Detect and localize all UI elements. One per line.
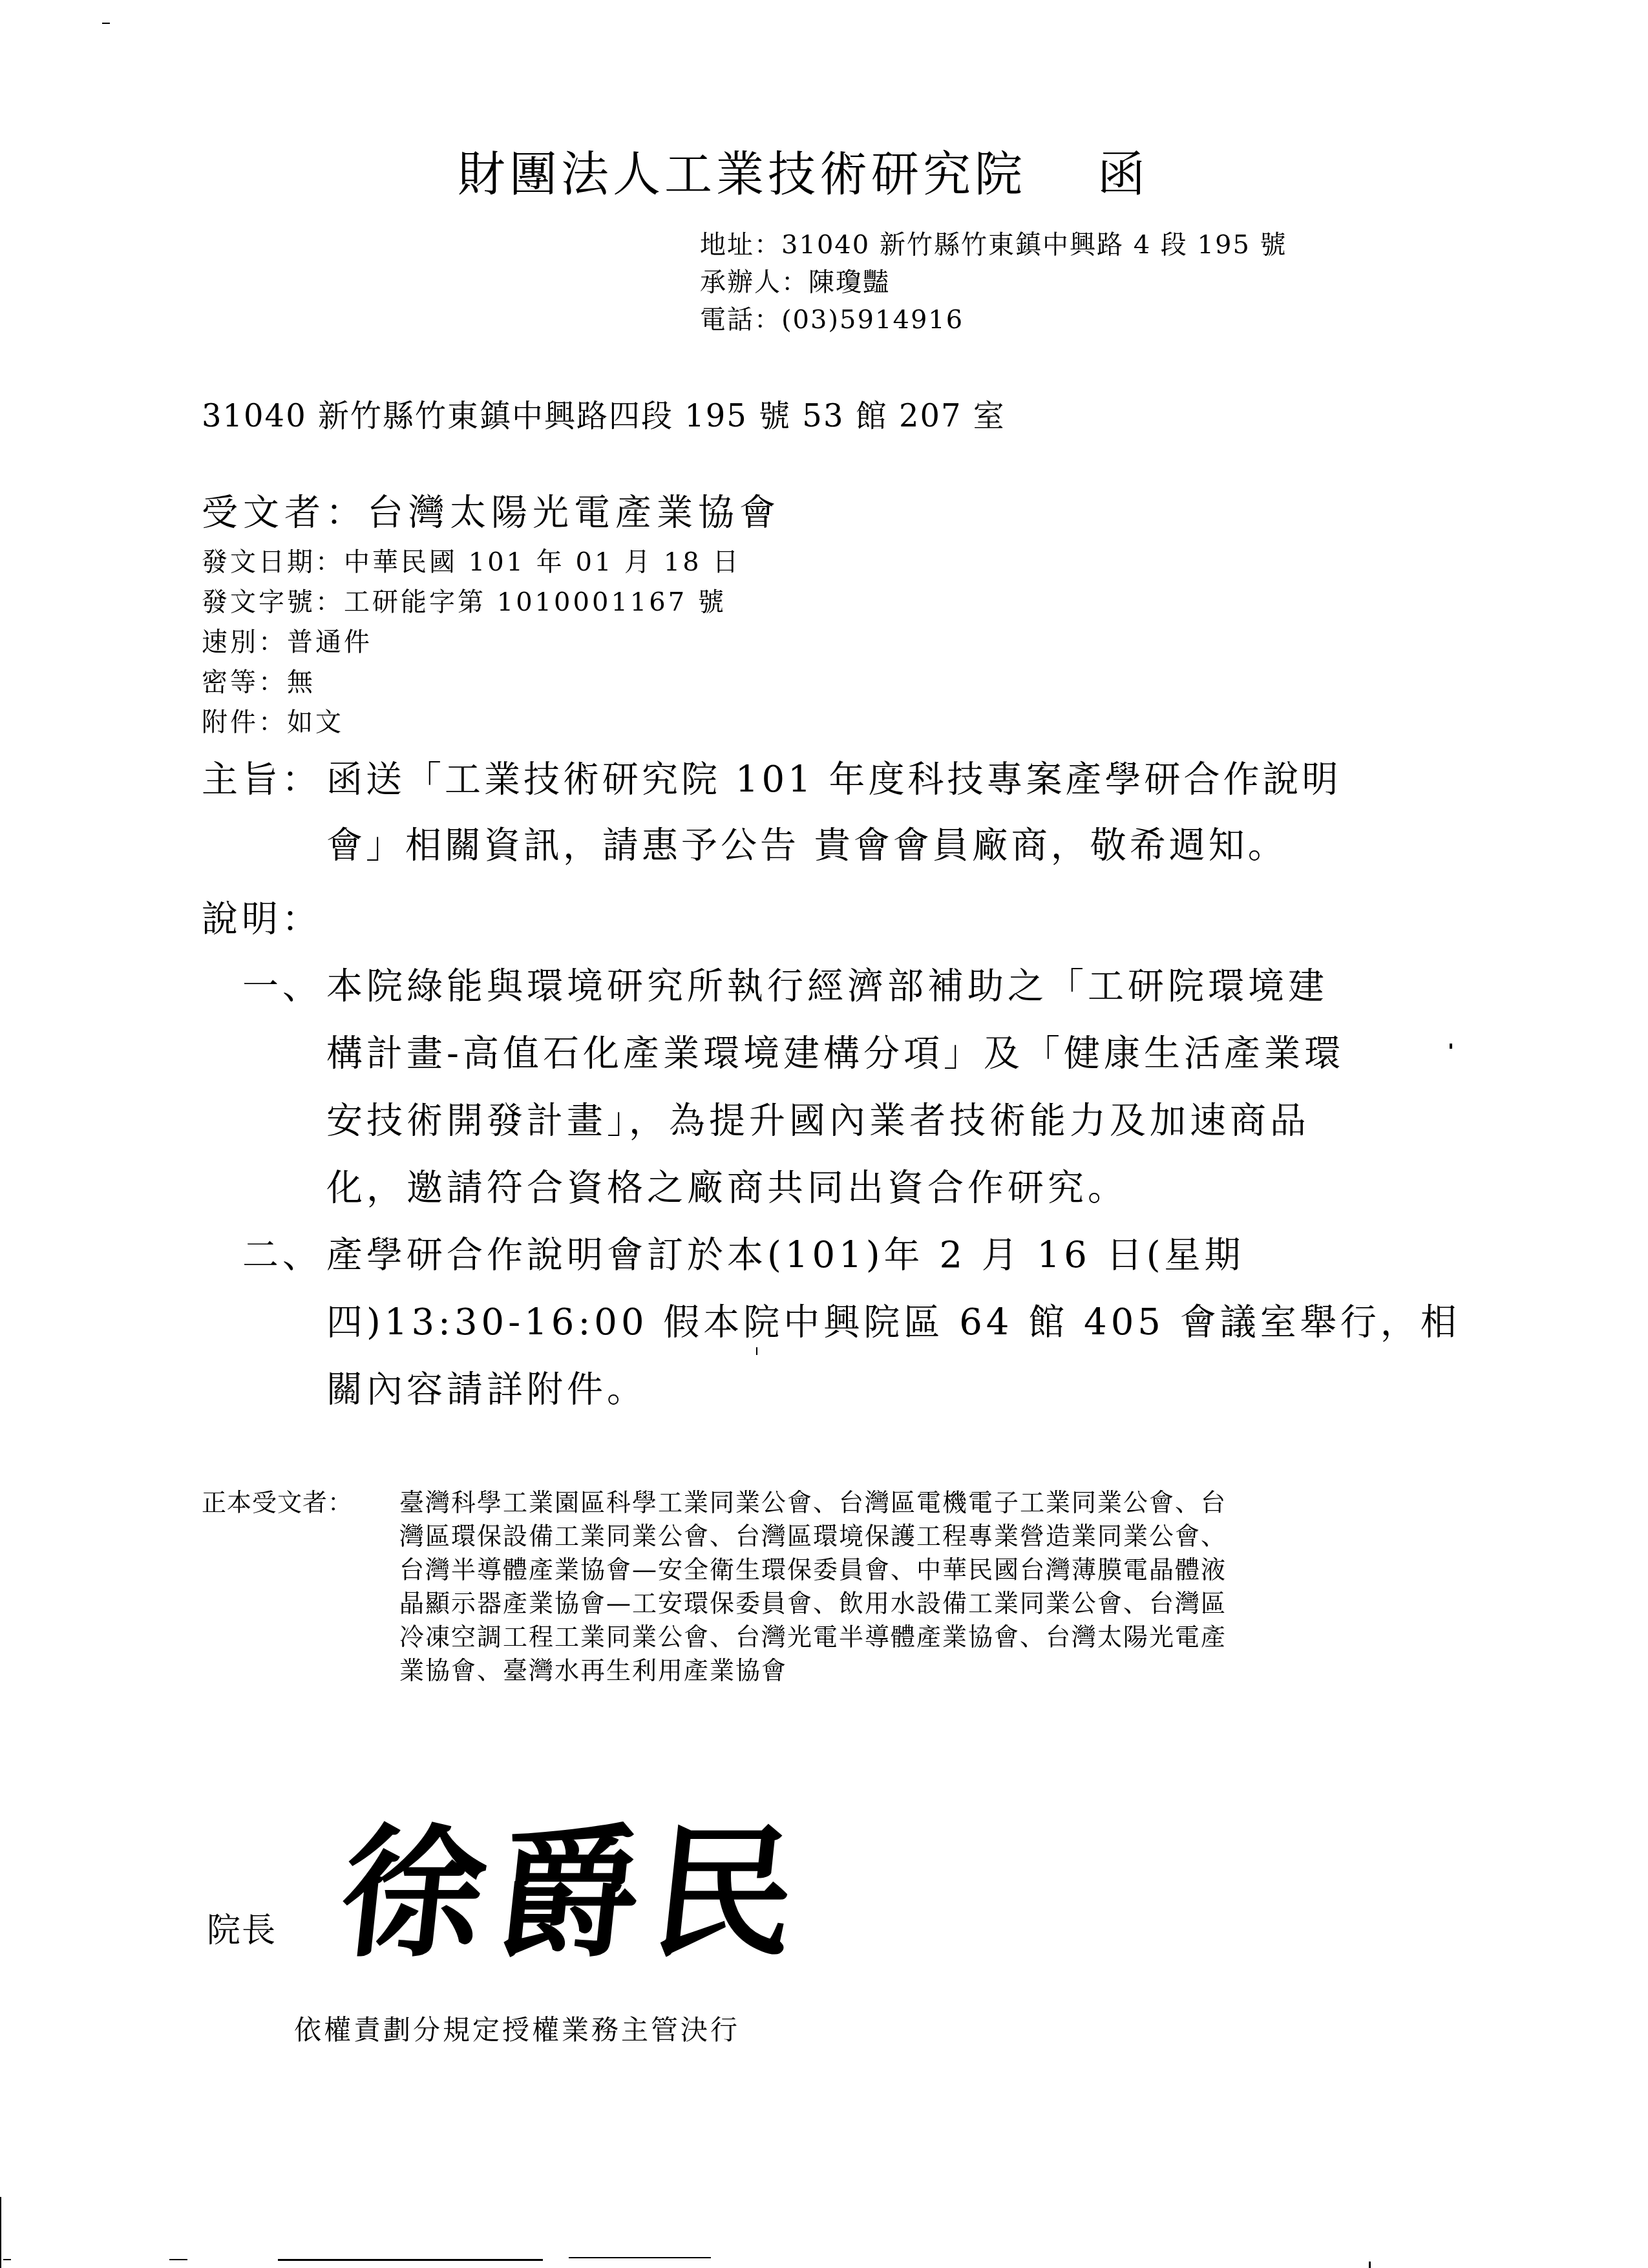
copy-to-line: 臺灣科學工業園區科學工業同業公會、台灣區電機電子工業同業公會、台 [399,1486,1227,1518]
recipient: 受文者：台灣太陽光電產業協會 [202,489,781,537]
copy-to-line: 業協會、臺灣水再生利用產業協會 [399,1654,787,1686]
copy-to-line: 灣區環保設備工業同業公會、台灣區環境保護工程專業營造業同業公會、 [399,1520,1227,1552]
header-phone: 電話：(03)5914916 [700,301,964,339]
scan-artifact [278,2259,543,2261]
meta-issue-date: 發文日期：中華民國 101 年 01 月 18 日 [202,543,741,582]
meta-label: 密等 [202,667,259,697]
item-line: 產學研合作說明會訂於本(101)年 2 月 16 日(星期 [326,1232,1245,1279]
scan-artifact [102,23,110,24]
signature-stamp: 徐爵民 [333,1809,816,1977]
scan-artifact [3,2259,11,2260]
meta-speed: 速別：普通件 [202,623,372,662]
copy-to-line: 冷凍空調工程工業同業公會、台灣光電半導體產業協會、台灣太陽光電產 [399,1621,1227,1653]
meta-confidentiality: 密等：無 [202,663,315,702]
item-line: 安技術開發計畫」，為提升國內業者技術能力及加速商品 [326,1097,1310,1145]
header-handler: 承辦人：陳瓊豔 [700,264,890,301]
item-line: 化，邀請符合資格之廠商共同出資合作研究。 [326,1164,1128,1212]
meta-value: 如文 [287,708,344,737]
item-line: 關內容請詳附件。 [326,1366,647,1414]
item-line: 本院綠能與環境研究所執行經濟部補助之「工研院環境建 [326,963,1328,1011]
item-line: 四)13:30-16:00 假本院中興院區 64 館 405 會議室舉行，相 [326,1299,1461,1347]
copy-to-line: 晶顯示器產業協會—工安環保委員會、飲用水設備工業同業公會、台灣區 [399,1587,1227,1619]
meta-value: 普通件 [287,627,372,657]
copy-to-line: 台灣半導體產業協會—安全衛生環保委員會、中華民國台灣薄膜電晶體液 [399,1553,1227,1586]
delegation-note: 依權責劃分規定授權業務主管決行 [294,2011,740,2050]
scan-artifact [0,2197,1,2268]
scan-artifact [756,1347,757,1355]
meta-attachment: 附件：如文 [202,703,344,742]
item-line: 構計畫-高值石化產業環境建構分項」及「健康生活產業環 [326,1030,1344,1078]
meta-label: 附件 [202,708,259,737]
explanation-label: 說明： [202,896,322,943]
meta-value: 中華民國 101 年 01 月 18 日 [344,547,741,577]
document-type: 函 [1097,147,1149,202]
meta-value: 無 [287,667,315,697]
copy-to-label: 正本受文者： [202,1486,353,1518]
header-address: 地址：31040 新竹縣竹東鎮中興路 4 段 195 號 [700,226,1287,264]
meta-doc-number: 發文字號：工研能字第 1010001167 號 [202,583,726,622]
meta-label: 速別 [202,627,259,657]
issuer-name: 財團法人工業技術研究院 [458,147,1026,202]
meta-label: 發文字號 [202,587,315,617]
subject-line: 函送「工業技術研究院 101 年度科技專案產學研合作說明 [326,756,1342,804]
scan-artifact [569,2257,711,2258]
item-number: 二、 [242,1232,322,1279]
subject-line: 會」相關資訊，請惠予公告 貴會會員廠商，敬希週知。 [326,822,1287,870]
meta-value: 工研能字第 1010001167 號 [344,587,726,617]
scan-artifact [1450,1044,1452,1049]
mailing-address: 31040 新竹縣竹東鎮中興路四段 195 號 53 館 207 室 [202,395,1006,437]
item-number: 一、 [242,963,322,1011]
subject-label: 主旨： [202,756,322,804]
scan-artifact [169,2259,187,2260]
meta-label: 發文日期 [202,547,315,577]
president-title: 院長 [207,1909,277,1952]
scan-artifact [1369,2262,1371,2268]
document-title-line: 財團法人工業技術研究院函 [458,143,1149,205]
